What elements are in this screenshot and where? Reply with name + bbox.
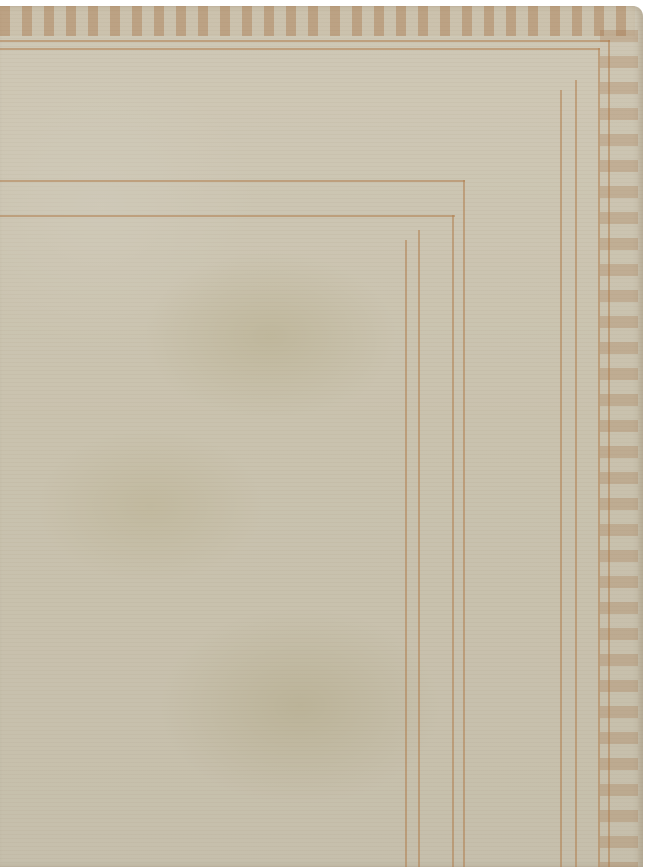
border-line (598, 48, 600, 867)
border-line (560, 90, 562, 867)
rug-photo (0, 6, 643, 867)
border-line (575, 80, 577, 867)
border-line (463, 180, 465, 867)
border-line (608, 40, 610, 867)
rug-top-guard-border (0, 6, 635, 36)
border-line (0, 48, 600, 50)
border-line (452, 215, 454, 867)
border-line (405, 240, 407, 867)
border-line (0, 40, 610, 42)
border-line (418, 230, 420, 867)
border-line (0, 180, 465, 182)
border-line (0, 215, 455, 217)
rug-right-guard-border (600, 30, 638, 867)
